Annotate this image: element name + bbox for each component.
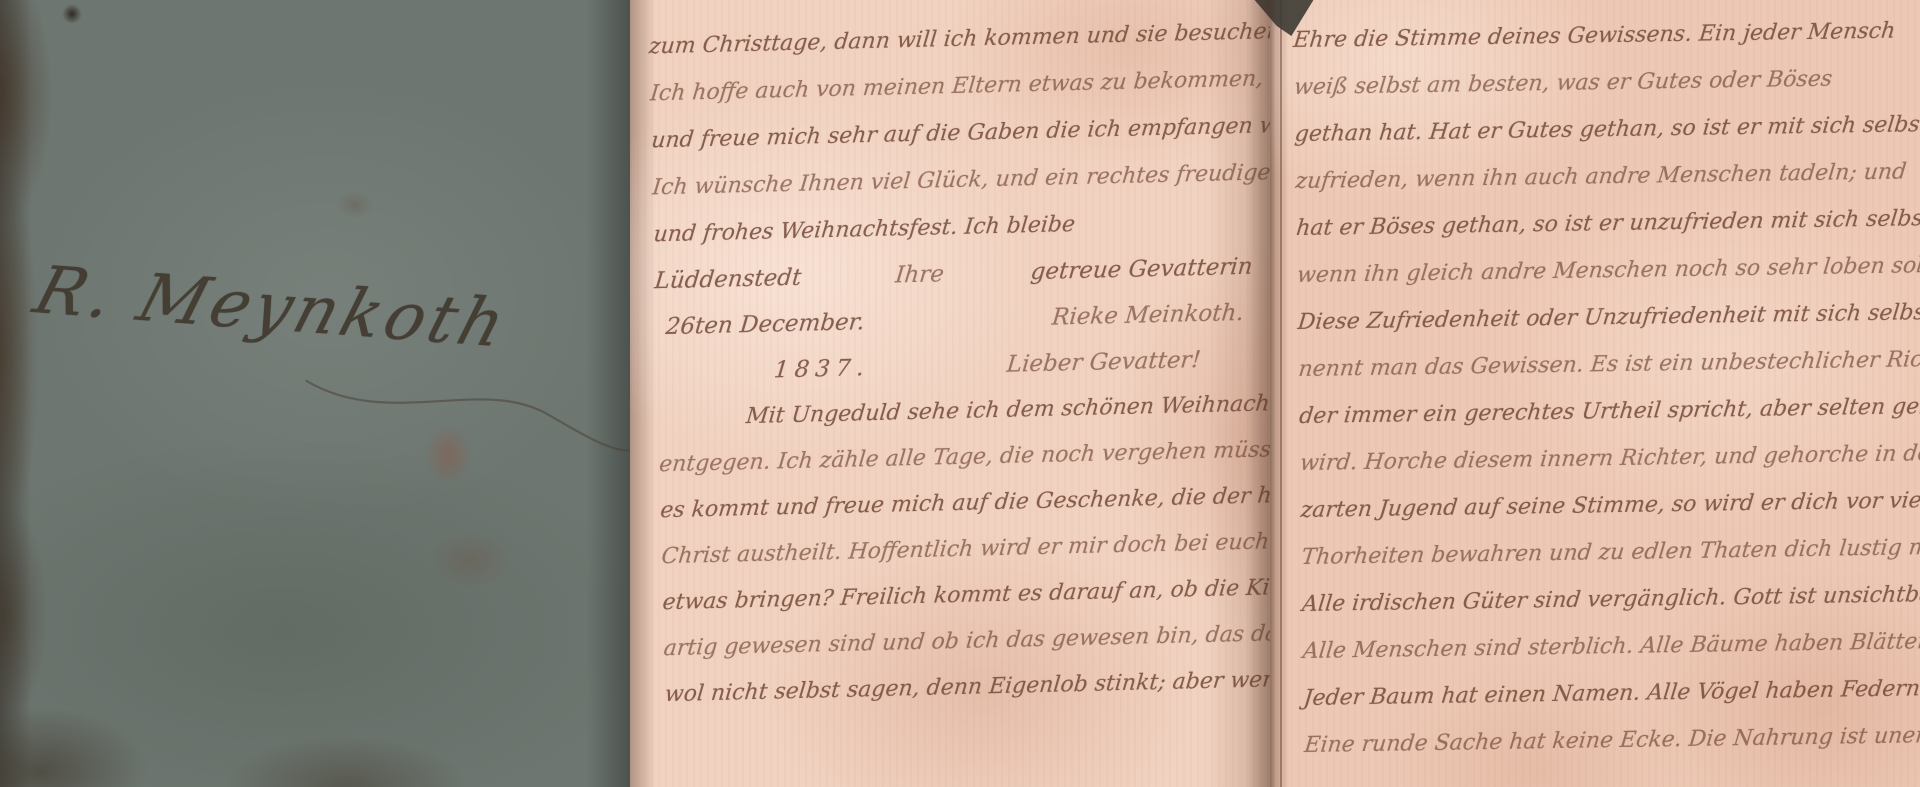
letter-salutation: Lieber Gevatter! bbox=[985, 336, 1259, 389]
right-page: Ehre die Stimme deines Gewissens. Ein je… bbox=[1270, 0, 1920, 787]
closing-pronoun: Ihre bbox=[842, 250, 996, 300]
left-page: zum Christtage, dann will ich kommen und… bbox=[630, 0, 1270, 787]
closing-date: 26ten December. bbox=[654, 298, 908, 350]
page-fold-crease bbox=[1280, 0, 1282, 787]
signature-flourish bbox=[297, 354, 630, 467]
left-page-text: zum Christtage, dann will ich kommen und… bbox=[646, 9, 1263, 718]
closing-role: getreue Gevatterin bbox=[992, 244, 1256, 296]
cover-signature: R. Meynkoth bbox=[26, 252, 630, 372]
scanned-notebook: R. Meynkoth zum Christtage, dann will ic… bbox=[0, 0, 1920, 787]
letter-body: Mit Ungeduld sehe ich dem schönen Weihna… bbox=[655, 382, 1263, 719]
letter-opening: zum Christtage, dann will ich kommen und… bbox=[646, 9, 1252, 259]
book-cover: R. Meynkoth bbox=[0, 0, 630, 787]
right-page-text: Ehre die Stimme deines Gewissens. Ein je… bbox=[1290, 7, 1920, 769]
closing-year: 1837. bbox=[655, 342, 989, 396]
closing-place: Lüddenstedt bbox=[652, 254, 846, 305]
letter-closing-block: Lüddenstedt Ihre getreue Gevatterin 26te… bbox=[651, 244, 1254, 397]
manuscript-line: Eine runde Sache hat keine Ecke. Die Nah… bbox=[1302, 712, 1920, 769]
